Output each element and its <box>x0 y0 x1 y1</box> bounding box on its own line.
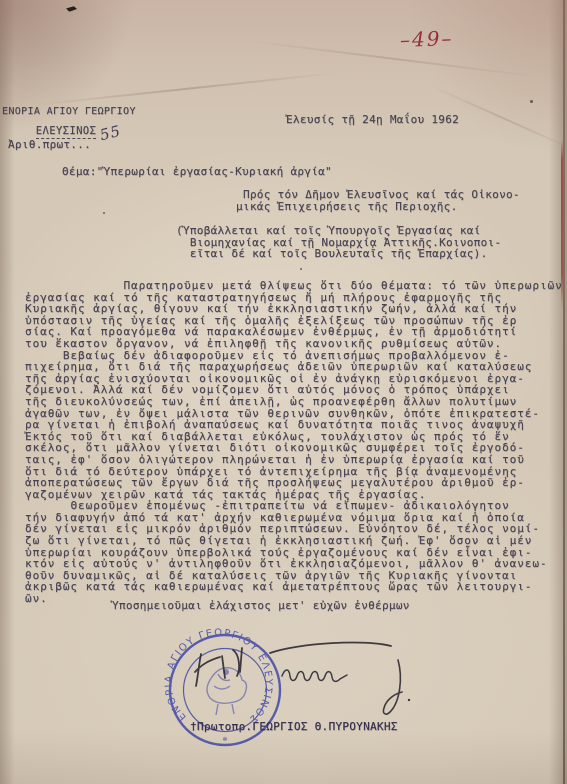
cc-note: (Ὑποβάλλεται καί τοῖς Ὑπουργοῖς Ἐργασίας… <box>176 225 501 260</box>
body-paragraph-1: Παρατηροῦμεν μετά θλίψεως ὅτι δύο θέματα… <box>25 280 567 350</box>
paper-speck <box>300 268 302 270</box>
red-page-edge-line <box>561 140 563 308</box>
page-edge-shadow <box>563 0 565 784</box>
protocol-number: 55 <box>98 124 122 144</box>
body-paragraph-2: Βεβαίως δέν ἀδιαφοροῦμεν εἰς τό ἀνεπισήμ… <box>25 350 567 501</box>
paper-crease <box>251 40 539 77</box>
saint-george-icon <box>207 668 247 715</box>
scanned-letter-page: –49– ΕΝΟΡΙΑ ΑΓΙΟΥ ΓΕΩΡΓΙΟΥ ΕΛΕΥΣΙΝΟΣ Ἀρι… <box>0 0 567 784</box>
svg-text:ΕΝΟΡΙΑ ΑΓΙΟΥ ΓΕΩΡΓΙΟΥ ΕΛΕΥΣΙΝΟ: ΕΝΟΡΙΑ ΑΓΙΟΥ ΓΕΩΡΓΙΟΥ ΕΛΕΥΣΙΝΟΣ <box>164 628 274 726</box>
paper-speck <box>103 212 105 214</box>
signature-block: ΕΝΟΡΙΑ ΑΓΙΟΥ ΓΕΩΡΓΙΟΥ ΕΛΕΥΣΙΝΟΣ ✻ <box>138 620 478 765</box>
date-line: Ἐλευσίς τῇ 24ῃ Μαΐου 1962 <box>286 114 459 126</box>
parish-name-line2: ΕΛΕΥΣΙΝΟΣ <box>30 119 102 139</box>
pen-mark-icon <box>66 5 78 12</box>
paper-crease <box>31 72 340 106</box>
stamp-ring-text: ΕΝΟΡΙΑ ΑΓΙΟΥ ΓΕΩΡΓΙΟΥ ΕΛΕΥΣΙΝΟΣ <box>164 628 274 726</box>
parish-name-line1: ΕΝΟΡΙΑ ΑΓΙΟΥ ΓΕΩΡΓΙΟΥ <box>2 106 136 118</box>
closing-line: Ὑποσημειοῦμαι ἐλάχιστος μετ' εὐχῶν ἐνθέρ… <box>112 600 410 612</box>
subject-line: Θέμα:"Ὑπερωρίαι ἐργασίας-Κυριακή ἀργία" <box>62 166 332 178</box>
page-number-annotation: –49– <box>400 27 454 51</box>
paper-speck <box>530 100 533 103</box>
stamp-star-icon: ✻ <box>223 735 228 743</box>
protocol-label: Ἀριθ.πρωτ... <box>8 139 91 151</box>
letter-body: Παρατηροῦμεν μετά θλίψεως ὅτι δύο θέματα… <box>25 280 567 605</box>
recipient-address: Πρός τόν Δῆμον Ἐλευσῖνος καί τάς Οἰκονο-… <box>236 189 520 212</box>
signatory-name-line: †Πρωτοπρ.ΓΕΩΡΓΙΟΣ Θ.ΠΥΡΟΥΝΑΚΗΣ <box>190 721 398 733</box>
body-paragraph-3: Θεωροῦμεν ἑπομένως -ἐπιτραπείτω νά εἴπωμ… <box>25 500 567 604</box>
